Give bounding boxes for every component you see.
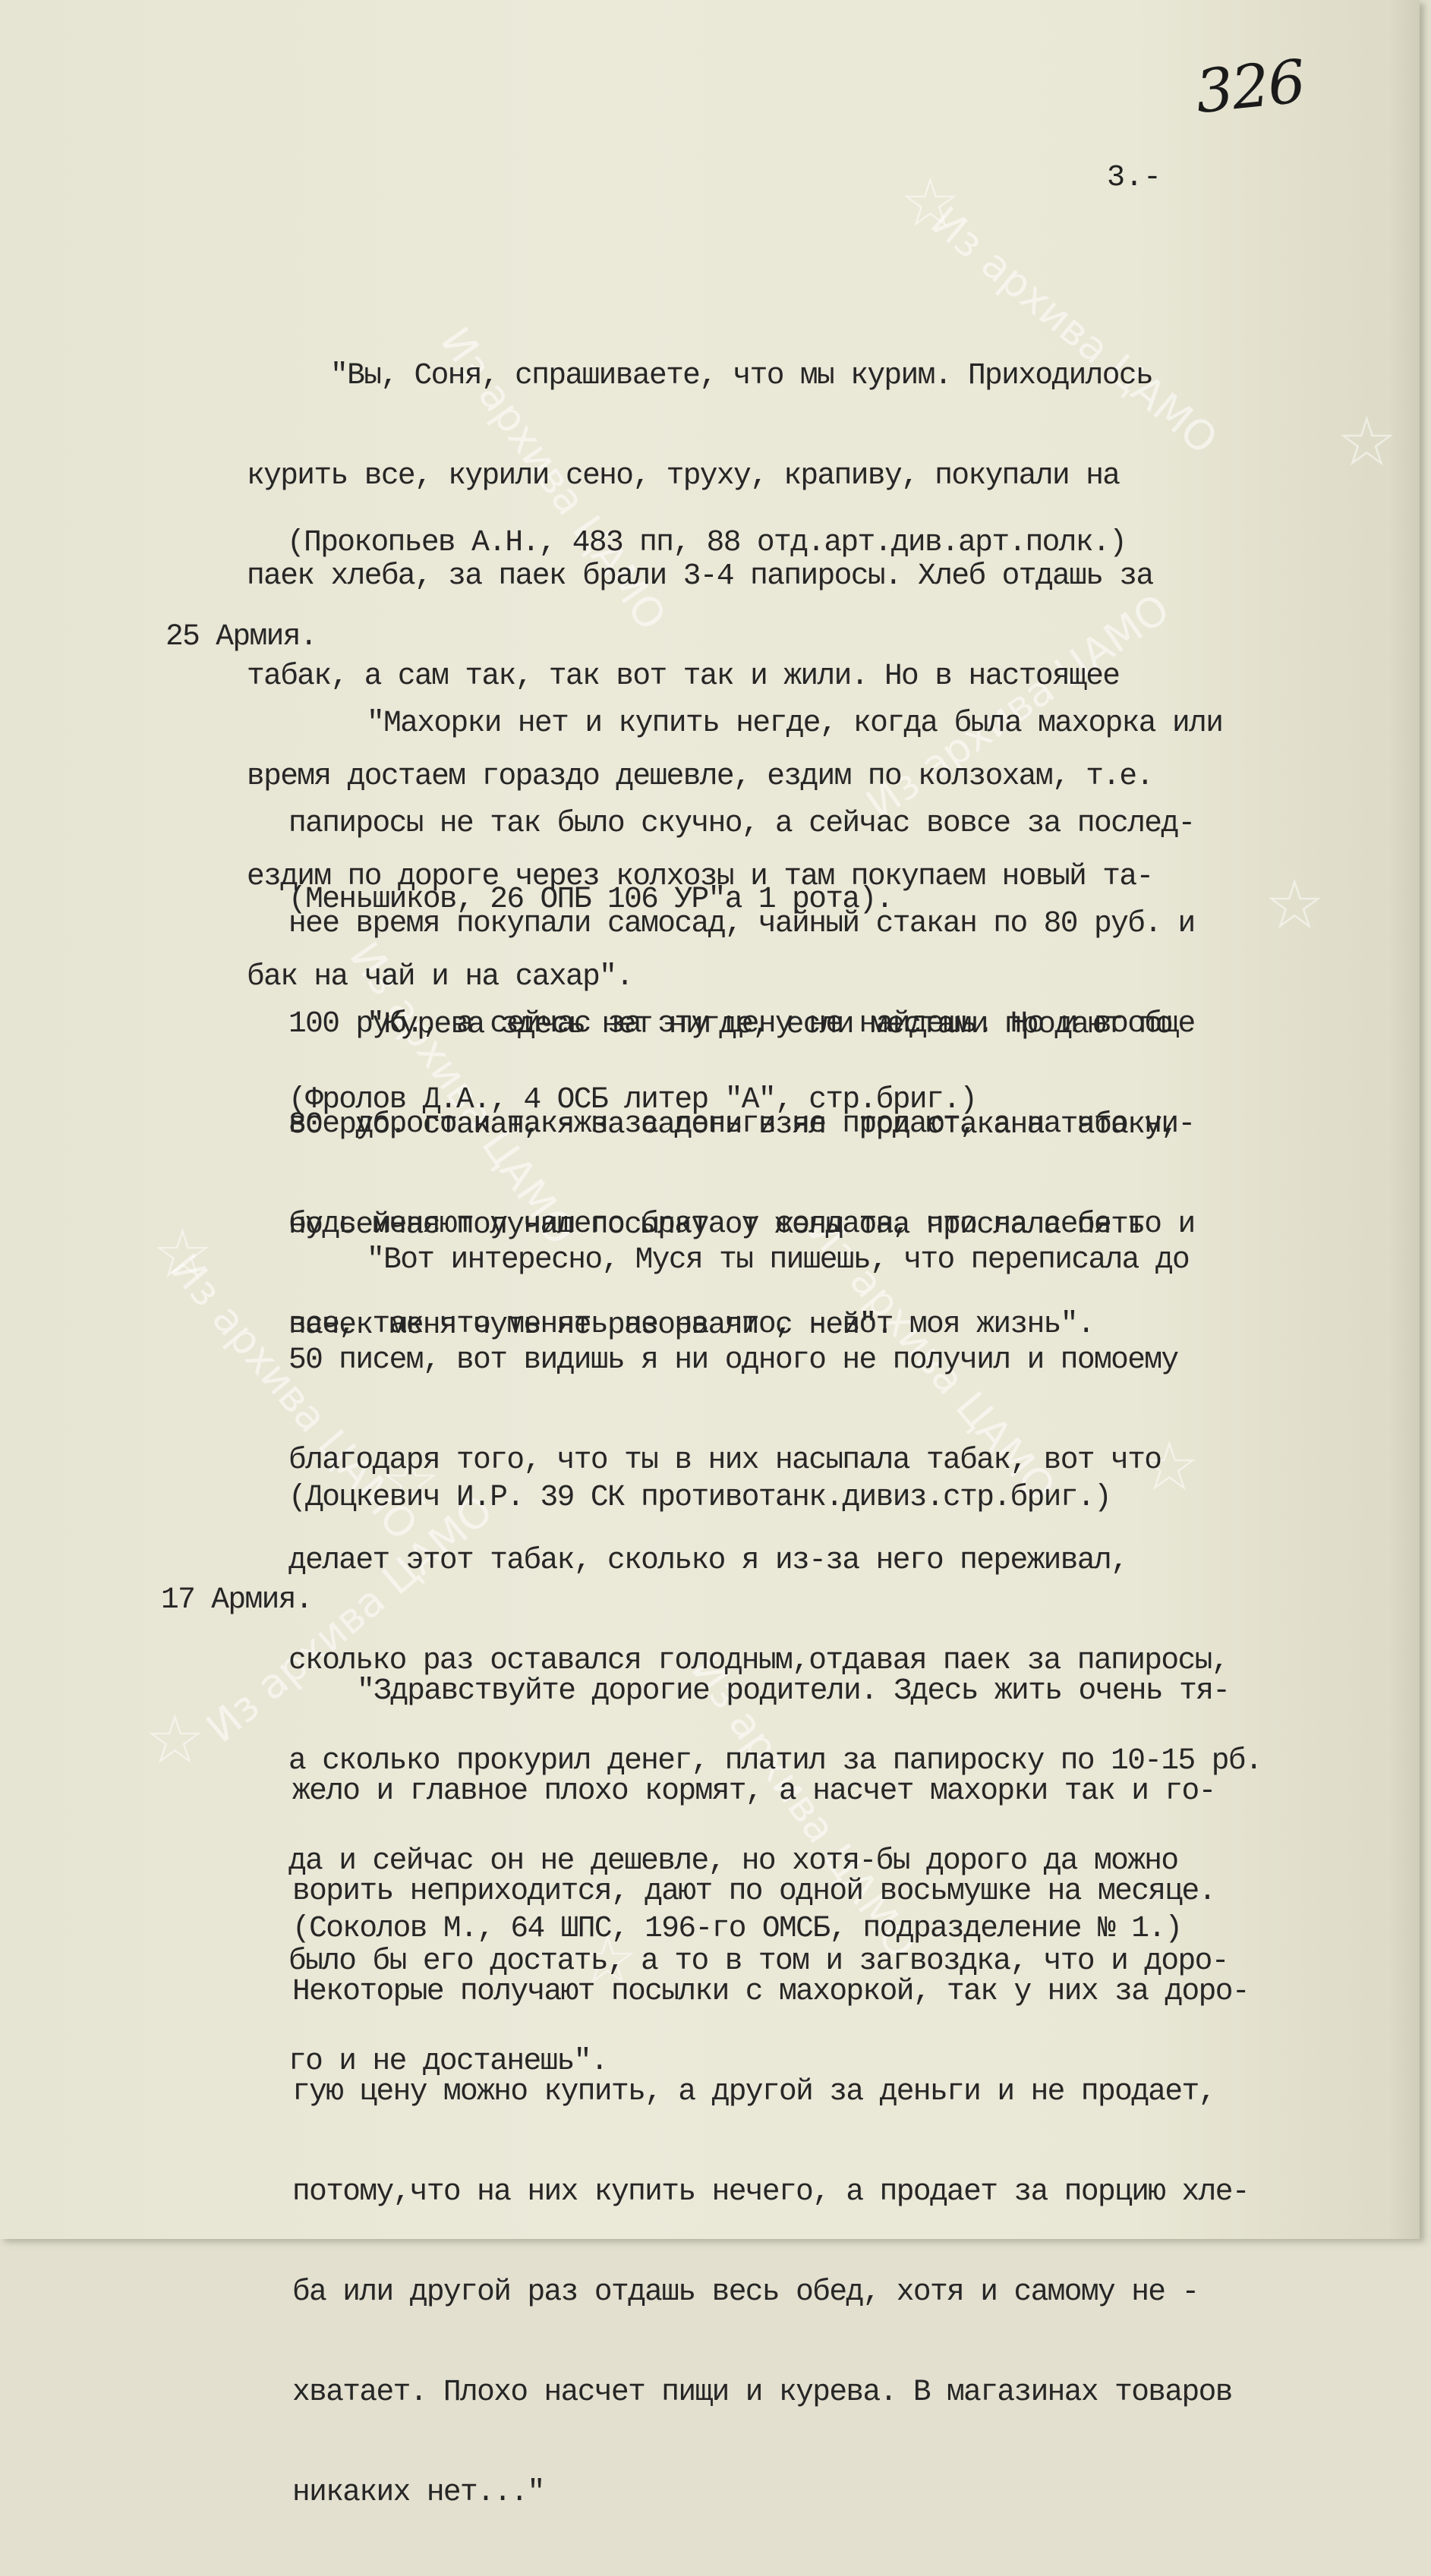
watermark-star-icon: ☆ xyxy=(1336,402,1398,482)
letter-line: "Вы, Соня, спрашиваете, что мы курим. Пр… xyxy=(247,359,1153,392)
army-heading: 17 Армия. xyxy=(161,1582,312,1617)
letter-line: папиросы не так было скучно, а сейчас во… xyxy=(288,807,1222,840)
page-number: 3.- xyxy=(1107,161,1162,195)
letter-line: "Здравствуйте дорогие родители. Здесь жи… xyxy=(292,1674,1249,1708)
watermark-star-icon: ☆ xyxy=(144,1700,206,1780)
letter-line: курить все, курили сено, труху, крапиву,… xyxy=(247,459,1153,493)
letter-signature: (Меньшиков, 26 ОПБ 106 УР"а 1 рота). xyxy=(288,882,893,916)
letter-signature: (Доцкевич И.Р. 39 СК противотанк.дивиз.с… xyxy=(288,1480,1111,1514)
letter-line: паек хлеба, за паек брали 3-4 папиросы. … xyxy=(247,559,1153,593)
letter-line: 50 писем, вот видишь я ни одного не полу… xyxy=(288,1343,1262,1377)
watermark-star-icon: ☆ xyxy=(1264,865,1325,945)
letter-line: гую цену можно купить, а другой за деньг… xyxy=(292,2075,1249,2108)
letter-line: "Курева здесь нет нигде, если местами пр… xyxy=(288,1008,1178,1041)
letter-line: делает этот табак, сколько я из-за него … xyxy=(288,1544,1262,1577)
archive-document-page: ☆ Из архива ЦАМО ☆ Из архива ЦАМО ☆ Из а… xyxy=(0,0,1420,2239)
watermark-star-icon: ☆ xyxy=(900,163,961,243)
archive-folio-number: 326 xyxy=(1193,48,1308,127)
letter-signature: (Соколов М., 64 ШПС, 196-го ОМСБ, подраз… xyxy=(292,1911,1182,1945)
letter-line: благодаря того, что ты в них насыпала та… xyxy=(288,1444,1262,1477)
letter-signature: (Фролов Д.А., 4 ОСБ литер "А", стр.бриг.… xyxy=(288,1082,976,1116)
letter-line: Некоторые получают посылки с махоркой, т… xyxy=(292,1975,1249,2008)
letter-line: "Вот интересно, Муся ты пишешь, что пере… xyxy=(288,1243,1262,1277)
letter-line: жело и главное плохо кормят, а насчет ма… xyxy=(292,1775,1249,1808)
letter-line: ворить неприходится, дают по одной восьм… xyxy=(292,1875,1249,1908)
watermark-star-icon: ☆ xyxy=(152,1214,213,1294)
letter-signature: (Прокопьев А.Н., 483 пп, 88 отд.арт.див.… xyxy=(287,525,1126,559)
letter-line: потому,что на них купить нечего, а прода… xyxy=(292,2175,1249,2209)
letter-line: "Махорки нет и купить негде, когда была … xyxy=(288,707,1222,740)
